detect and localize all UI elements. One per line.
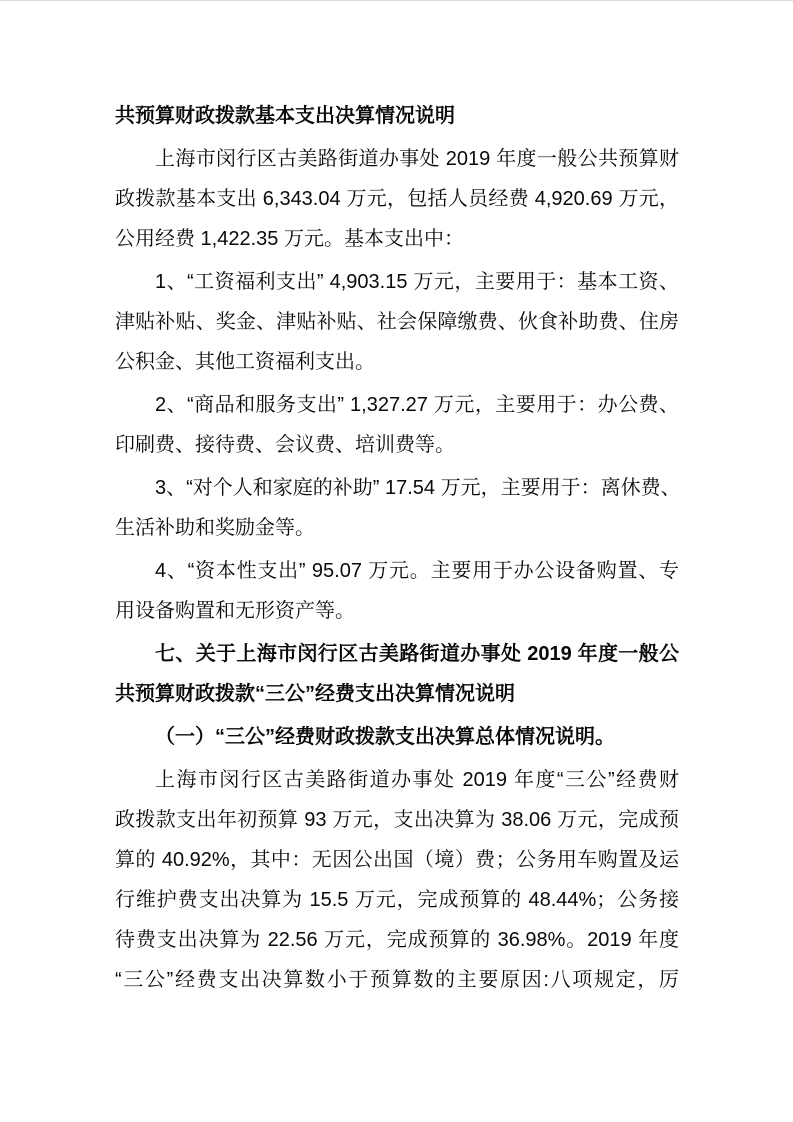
para-basic-expenditure-overview: 上海市闵行区古美路街道办事处 2019 年度一般公共预算财政拨款基本支出 6,3…	[115, 139, 679, 259]
text-line: 共预算财政拨款“三公”经费支出决算情况说明	[115, 674, 679, 714]
document-body: 共预算财政拨款基本支出决算情况说明上海市闵行区古美路街道办事处 2019 年度一…	[115, 96, 679, 1000]
document-page: 共预算财政拨款基本支出决算情况说明上海市闵行区古美路街道办事处 2019 年度一…	[0, 0, 793, 1122]
text-line: 2、“商品和服务支出” 1,327.27 万元，主要用于：办公费、	[115, 385, 679, 425]
text-line: 上海市闵行区古美路街道办事处 2019 年度“三公”经费财	[115, 760, 679, 800]
text-line: 用设备购置和无形资产等。	[115, 591, 679, 631]
text-line: 政拨款支出年初预算 93 万元，支出决算为 38.06 万元，完成预	[115, 800, 679, 840]
heading-basic-expenditure-continued: 共预算财政拨款基本支出决算情况说明	[115, 96, 679, 136]
text-line: 算的 40.92%，其中：无因公出国（境）费；公务用车购置及运	[115, 840, 679, 880]
text-line: 3、“对个人和家庭的补助” 17.54 万元，主要用于：离休费、	[115, 468, 679, 508]
para-item-2-goods-services: 2、“商品和服务支出” 1,327.27 万元，主要用于：办公费、印刷费、接待费…	[115, 385, 679, 465]
para-item-4-capital-expenditure: 4、“资本性支出” 95.07 万元。主要用于办公设备购置、专用设备购置和无形资…	[115, 551, 679, 631]
text-line: 待费支出决算为 22.56 万元，完成预算的 36.98%。2019 年度	[115, 920, 679, 960]
text-line: 公用经费 1,422.35 万元。基本支出中：	[115, 219, 679, 259]
text-line: 4、“资本性支出” 95.07 万元。主要用于办公设备购置、专	[115, 551, 679, 591]
para-three-public-funds-detail: 上海市闵行区古美路街道办事处 2019 年度“三公”经费财政拨款支出年初预算 9…	[115, 760, 679, 1000]
heading-section-seven-three-public-funds: 七、关于上海市闵行区古美路街道办事处 2019 年度一般公共预算财政拨款“三公”…	[115, 634, 679, 714]
para-item-1-wage-welfare: 1、“工资福利支出” 4,903.15 万元，主要用于：基本工资、津贴补贴、奖金…	[115, 262, 679, 382]
text-line: 行维护费支出决算为 15.5 万元，完成预算的 48.44%；公务接	[115, 880, 679, 920]
text-line: 上海市闵行区古美路街道办事处 2019 年度一般公共预算财	[115, 139, 679, 179]
text-line: 1、“工资福利支出” 4,903.15 万元，主要用于：基本工资、	[115, 262, 679, 302]
text-line: 七、关于上海市闵行区古美路街道办事处 2019 年度一般公	[115, 634, 679, 674]
text-line: （一）“三公”经费财政拨款支出决算总体情况说明。	[115, 717, 679, 757]
para-item-3-individual-family-subsidy: 3、“对个人和家庭的补助” 17.54 万元，主要用于：离休费、生活补助和奖励金…	[115, 468, 679, 548]
text-line: 生活补助和奖励金等。	[115, 508, 679, 548]
text-line: 印刷费、接待费、会议费、培训费等。	[115, 425, 679, 465]
heading-subsection-one-overall: （一）“三公”经费财政拨款支出决算总体情况说明。	[115, 717, 679, 757]
text-line: 政拨款基本支出 6,343.04 万元，包括人员经费 4,920.69 万元，	[115, 179, 679, 219]
text-line: 公积金、其他工资福利支出。	[115, 342, 679, 382]
text-line: 津贴补贴、奖金、津贴补贴、社会保障缴费、伙食补助费、住房	[115, 302, 679, 342]
text-line: “三公”经费支出决算数小于预算数的主要原因:八项规定，厉	[115, 960, 679, 1000]
text-line: 共预算财政拨款基本支出决算情况说明	[115, 96, 679, 136]
